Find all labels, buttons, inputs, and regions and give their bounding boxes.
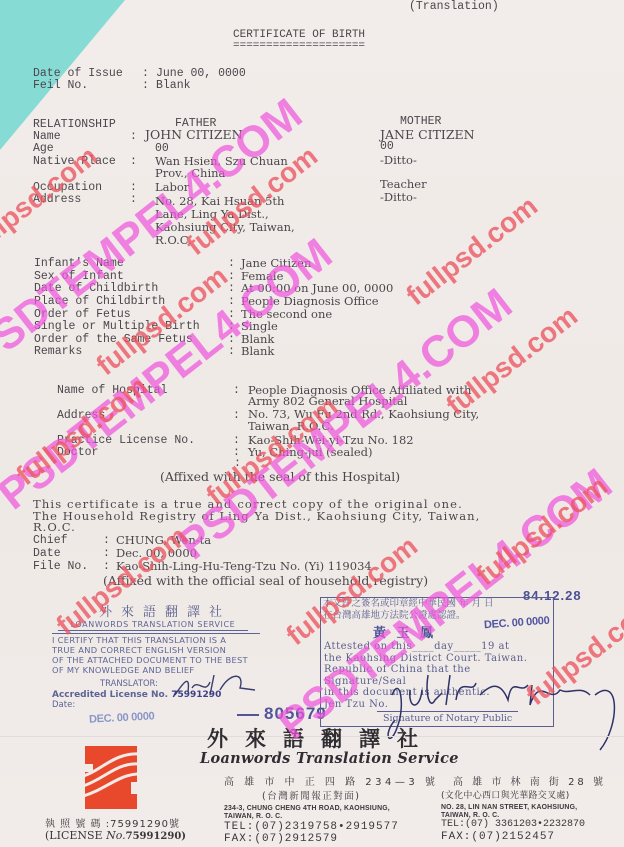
father-name: JOHN CITIZEN bbox=[145, 127, 243, 142]
colon: : bbox=[130, 156, 137, 168]
office-2-fax: FAX:(07)2152457 bbox=[441, 831, 606, 843]
file-no-label: File No. bbox=[33, 561, 88, 573]
hospital-name-label: Name of Hospital bbox=[57, 385, 167, 397]
colon: : bbox=[233, 410, 240, 422]
colon: : bbox=[130, 131, 137, 143]
notary-cjk-line-1: 本文件之簽名或印章經中華民國 年 月 日 bbox=[321, 598, 553, 610]
chief-label: Chief bbox=[33, 535, 68, 547]
notary-serial-number: 805679 bbox=[264, 704, 327, 724]
household-seal-note: (Affixed with the official seal of house… bbox=[103, 573, 428, 588]
mother-address: -Ditto- bbox=[380, 191, 417, 203]
translator-cjk-name: 外來語翻譯社 bbox=[70, 601, 260, 620]
license-cjk: 執 照 號 碼 :75991290號 bbox=[45, 815, 180, 830]
translator-certify-text: I CERTIFY THAT THIS TRANSLATION IS A TRU… bbox=[52, 633, 260, 675]
license-number: 75991290) bbox=[126, 831, 186, 842]
notary-line-4: in this document is authentic. bbox=[321, 687, 553, 699]
father-address-2: Lane, Ling Ya Dist., bbox=[155, 208, 269, 220]
doctor-value: Yu, Ching-jui (sealed) bbox=[248, 446, 373, 458]
hospital-name-value-2: Army 802 General Hospital bbox=[248, 395, 407, 407]
license-label: Accredited License No. bbox=[52, 690, 168, 700]
certify-line: OF MY KNOWLEDGE AND BELIEF bbox=[52, 665, 260, 675]
office-1-cjk-line-1: 高 雄 市 中 正 四 路 234—3 號 bbox=[224, 773, 438, 788]
birth-certificate-page: (Translation) CERTIFICATE OF BIRTH =====… bbox=[0, 0, 624, 847]
colon: : bbox=[103, 561, 110, 573]
doctor-label: Doctor bbox=[57, 447, 98, 459]
translator-certification-stamp: 外來語翻譯社 LOANWORDS TRANSLATION SERVICE I C… bbox=[52, 601, 260, 710]
office-2-cjk-line-2: (文化中心西口與光華路交叉處) bbox=[441, 788, 606, 801]
childbirth-place-label: Place of Childbirth bbox=[34, 296, 165, 308]
colon: : bbox=[233, 385, 240, 397]
infant-name-label: Infant's Name bbox=[34, 258, 124, 270]
colon: : bbox=[228, 258, 235, 270]
childbirth-place-value: People Diagnosis Office bbox=[241, 295, 379, 307]
age-label: Age bbox=[33, 143, 54, 155]
office-1-address: 高 雄 市 中 正 四 路 234—3 號 (台灣新聞報正對面) 234-3, … bbox=[224, 773, 438, 845]
office-1-fax: FAX:(07)2912579 bbox=[224, 833, 438, 845]
native-place-label: Native Place bbox=[33, 156, 116, 168]
address-label: Address bbox=[33, 194, 81, 206]
license-value: 75991290 bbox=[171, 690, 221, 700]
infant-name-value: Jane Citizen bbox=[241, 257, 311, 269]
notary-line-1: Attested on this____day_____19 at bbox=[321, 641, 553, 653]
watermark-pink: PSDTEMPEL4.COM bbox=[169, 279, 522, 570]
birth-multiplicity-value: Single bbox=[241, 320, 278, 332]
letterhead-cjk-name: 外來語翻譯社 bbox=[207, 723, 435, 753]
office-2-address: 高 雄 市 林 南 街 28 號 (文化中心西口與光華路交叉處) NO. 28,… bbox=[441, 773, 606, 843]
feil-no-value: Blank bbox=[156, 80, 191, 92]
certify-line: TRUE AND CORRECT ENGLISH VERSION bbox=[52, 645, 260, 655]
license-no-label: No. bbox=[106, 829, 126, 842]
colon: : bbox=[130, 194, 137, 206]
notary-line-5: Jen Tzu No. bbox=[321, 699, 553, 711]
notary-line-2: the Kaohsing District Court. Taiwan. bbox=[321, 653, 553, 665]
translator-date-stamp: DEC. 00 0000 bbox=[89, 710, 155, 725]
office-2-cjk-line-1: 高 雄 市 林 南 街 28 號 bbox=[453, 773, 606, 788]
letterhead-english-name: Loanwords Translation Service bbox=[200, 750, 459, 767]
remarks-label: Remarks bbox=[34, 346, 82, 358]
certify-line: OF THE ATTACHED DOCUMENT TO THE BEST bbox=[52, 655, 260, 665]
cert-date-value: Dec. 00, 0000 bbox=[116, 547, 197, 559]
certification-line-3: R.O.C. bbox=[33, 521, 76, 533]
hospital-seal-note: (Affixed with the seal of this Hospital) bbox=[160, 469, 400, 484]
father-address: No. 28, Kai Hsuan 5th bbox=[155, 195, 284, 207]
notary-line-3: Republic of China that the Signature/Sea… bbox=[321, 664, 553, 687]
file-no-value: Kao-Shih-Ling-Hu-Teng-Tzu No. (Yi) 11903… bbox=[116, 560, 372, 572]
office-1-cjk-line-2: (台灣新聞報正對面) bbox=[262, 788, 438, 802]
office-2-tel: TEL:(07) 3361203•2232870 bbox=[441, 819, 606, 831]
colon: : bbox=[228, 346, 235, 358]
office-1-eng-line-2: TAIWAN, R. O. C. bbox=[224, 812, 421, 820]
mother-occupation: Teacher bbox=[380, 178, 427, 190]
mother-native-place: -Ditto- bbox=[380, 154, 417, 166]
license-row: Accredited License No. 75991290 bbox=[52, 690, 260, 700]
chief-value: CHUNG, Wen-ta bbox=[116, 534, 211, 546]
translation-note: (Translation) bbox=[409, 1, 499, 13]
remarks-value: Blank bbox=[241, 345, 274, 357]
hospital-address-label: Address bbox=[57, 410, 105, 422]
company-logo-icon bbox=[85, 746, 137, 809]
license-english: (LICENSE No.75991290) bbox=[45, 829, 186, 842]
license-prefix: (LICENSE bbox=[45, 829, 106, 842]
title-underline: ==================== bbox=[233, 40, 365, 52]
colon: : bbox=[103, 548, 110, 560]
colon: : bbox=[142, 80, 149, 92]
translator-service-name: LOANWORDS TRANSLATION SERVICE bbox=[58, 620, 248, 631]
birth-multiplicity-label: Single or Multiple Birth bbox=[34, 321, 200, 333]
father-address-4: R.O.C. bbox=[155, 234, 192, 246]
mother-age: 00 bbox=[380, 141, 394, 153]
father-native-place-2: Prov., China bbox=[155, 167, 225, 179]
certify-line: I CERTIFY THAT THIS TRANSLATION IS A bbox=[52, 635, 260, 645]
colon: : bbox=[228, 321, 235, 333]
cert-date-label: Date bbox=[33, 548, 61, 560]
translator-label: TRANSLATOR: bbox=[100, 678, 260, 688]
watermark-red: fullpsd.com bbox=[400, 190, 544, 312]
watermark-red: fullpsd.com bbox=[440, 300, 584, 422]
father-address-3: Kaohsiung City, Taiwan, bbox=[155, 221, 295, 233]
stamp-date-label: Date: bbox=[52, 700, 260, 710]
certification-line-2: The Household Registry of Ling Ya Dist.,… bbox=[33, 510, 480, 522]
hospital-address-value-2: Taiwan, R.O.C. bbox=[248, 420, 334, 432]
serial-dash bbox=[237, 714, 259, 716]
childbirth-date-label: Date of Childbirth bbox=[34, 283, 158, 295]
childbirth-date-value: At 00:00 on June 00, 0000 bbox=[241, 282, 393, 294]
watermark-red: fullpsd.com bbox=[470, 470, 614, 592]
colon: : bbox=[228, 296, 235, 308]
mother-name: JANE CITIZEN bbox=[380, 127, 475, 142]
father-occupation: Labor bbox=[155, 181, 189, 193]
feil-no-label: Feil No. bbox=[33, 80, 88, 92]
colon: : bbox=[103, 535, 110, 547]
office-1-tel: TEL:(07)2319758•2919577 bbox=[224, 821, 438, 833]
office-2-eng-line-2: TAIWAN, R. O. C. bbox=[441, 811, 593, 819]
colon: : bbox=[228, 283, 235, 295]
